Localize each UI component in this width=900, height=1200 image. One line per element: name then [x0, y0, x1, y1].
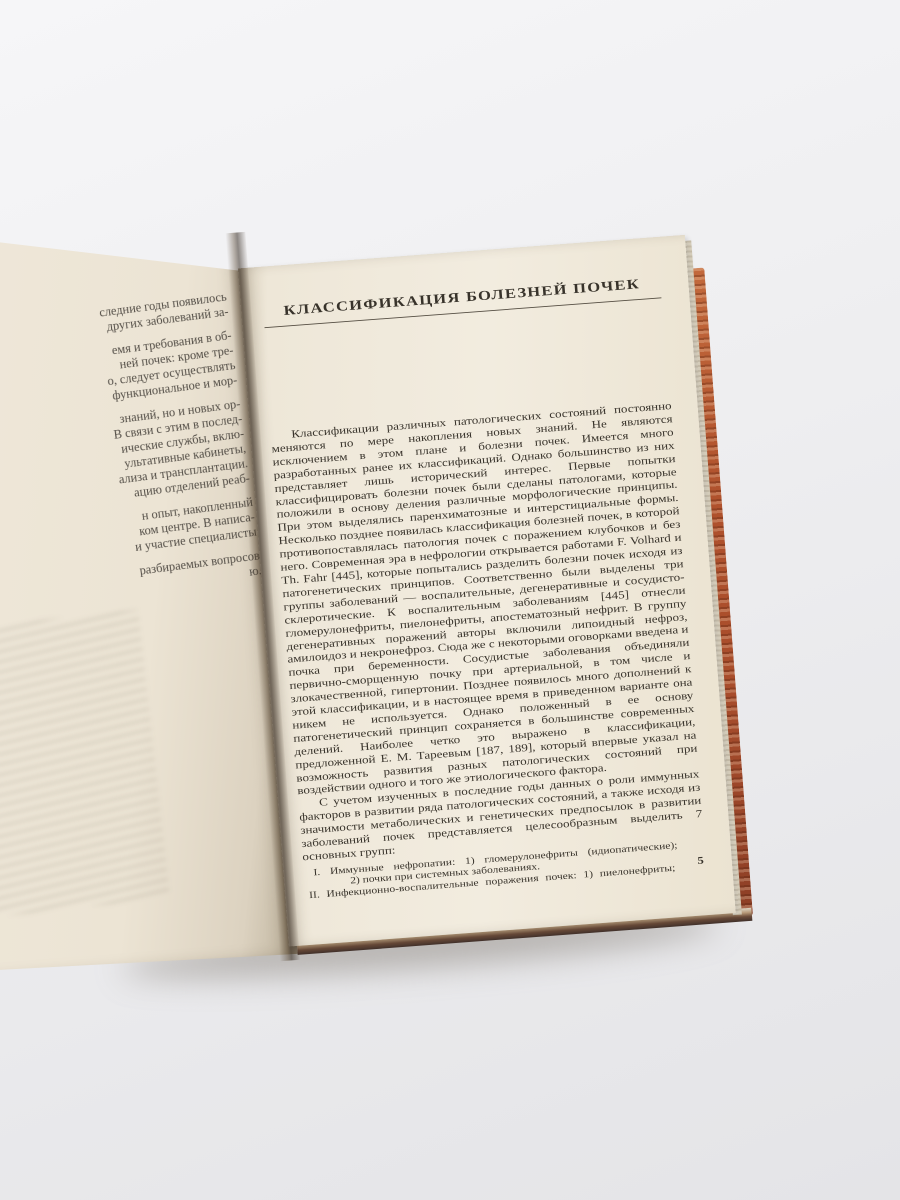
right-page: КЛАССИФИКАЦИЯ БОЛЕЗНЕЙ ПОЧЕК Классификац…	[238, 235, 736, 947]
body-text: Классификации различных патологических с…	[270, 399, 704, 864]
open-book: следние годы появилосьдругих заболеваний…	[0, 194, 802, 1001]
right-page-content: КЛАССИФИКАЦИЯ БОЛЕЗНЕЙ ПОЧЕК Классификац…	[238, 235, 732, 904]
showthrough-texture	[0, 609, 170, 920]
body-paragraph-1: Классификации различных патологических с…	[270, 399, 699, 798]
page-number: 5	[697, 855, 704, 868]
book-photo: следние годы появилосьдругих заболеваний…	[0, 0, 900, 1200]
left-page-text-fragments: следние годы появилосьдругих заболеваний…	[0, 289, 263, 607]
